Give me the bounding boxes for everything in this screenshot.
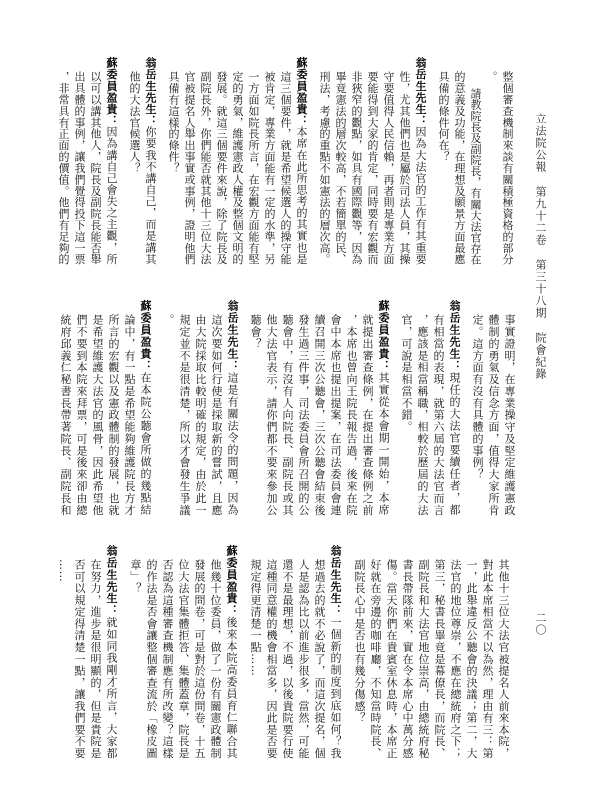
text-column: 定的勇氣，維護憲政人權及整個文明的 <box>229 57 245 265</box>
column-text: 體制的勇氣及信念方面，值得大家所肯 <box>487 314 500 516</box>
text-column: 對此本席相當不以為然，理由有三：第 <box>479 545 495 759</box>
column-text: 規定得更清楚一點…… <box>249 559 262 677</box>
text-column: 論中，有一點是希望能夠維護院長方才 <box>121 300 137 516</box>
column-text: 副院長外，你們能否就其他十三位大法 <box>199 71 212 265</box>
column-text: 這次要如何行使是採取新的嘗試，且應 <box>210 314 223 516</box>
column-text: 具備的條件何在？ <box>437 71 450 162</box>
text-column: ，應該是相當稱職，相較於歷屆的大法 <box>414 300 430 516</box>
speaker-name: 蘇委員盈貴： <box>139 300 152 372</box>
column-text: 定。這方面有沒有具體的事例？ <box>471 314 484 480</box>
column-text: 具備有這樣的條件？ <box>167 71 180 174</box>
column-text: 發展。就這三個要件來說，除了院長及 <box>215 71 228 265</box>
column-text: 被肯定，專業方面能有一定的水準，另 <box>263 71 276 265</box>
column-text: 所言的宏觀以及憲政體制的發展，也就 <box>107 314 120 516</box>
text-tier-middle: 事實證明，在專業操守及堅定維護憲政體制的勇氣及信念方面，值得大家所肯定。這方面有… <box>57 300 517 516</box>
text-column: 一，此舉違反公聽會的決議；第二，大 <box>463 545 479 759</box>
column-text: 對此本席相當不以為然，理由有三：第 <box>481 559 494 759</box>
speaker-name: 蘇委員盈貴： <box>377 300 390 372</box>
text-column: 。 <box>160 300 176 516</box>
text-column: 請教院長及副院長，有關大法官存在 <box>467 57 483 265</box>
text-column: 一方面如院長所言，在宏觀方面能有堅 <box>245 57 261 265</box>
column-text: 在本院公聽會所做的幾點結 <box>139 372 152 516</box>
text-column: 定。這方面有沒有具體的事例？ <box>469 300 485 516</box>
speaker-column: 翁岳生先生：現任的大法官要續任者，都 <box>446 300 462 516</box>
text-column: 這次要如何行使是採取新的嘗試，且應 <box>208 300 224 516</box>
column-text: 他的大法官候選人？ <box>128 71 141 174</box>
speaker-name: 翁岳生先生： <box>105 545 118 616</box>
speaker-column: 蘇委員盈貴：其實從本會期一開始，本席 <box>375 300 391 516</box>
column-text: 副院長心中是否也有幾分傷感？ <box>353 559 366 724</box>
column-text: 想過去的就不必說了，而這次提名，個 <box>313 559 326 759</box>
column-text: 整個審查機制來談有關積極資格的部分 <box>501 71 514 265</box>
text-column: 聽會？ <box>247 300 263 516</box>
column-text: 你要我不講自己，而是講其 <box>144 126 157 265</box>
column-text: 這是有關法令的問題，因為 <box>226 372 239 516</box>
speaker-column: 蘇委員盈貴：本席在此所思考的其實也是 <box>293 57 309 265</box>
text-column: 具備有這樣的條件？ <box>165 57 181 265</box>
speaker-name: 翁岳生先生： <box>329 545 342 616</box>
text-column: 畢竟憲法的層次較高，不若簡單的民、 <box>332 57 348 265</box>
column-text: 副院長和大法官地位崇高，由總統府秘 <box>417 559 430 759</box>
column-text: 位大法官集體拒答、集體蓋章，院長是 <box>177 559 190 759</box>
text-column: 位大法官集體拒答、集體蓋章，院長是 <box>175 545 191 759</box>
text-column: 在努力，進步是很明顯的，但是貴院是 <box>87 545 103 759</box>
column-text: 在努力，進步是很明顯的，但是貴院是 <box>89 559 102 759</box>
column-text: 的作法是否會讓整個審查流於「橡皮圖 <box>145 559 158 759</box>
speaker-name: 翁岳生先生： <box>226 300 239 372</box>
speaker-name: 翁岳生先生： <box>144 57 157 126</box>
text-column: 傷。當天你們在貴賓室休息時，本席正 <box>383 545 399 759</box>
column-text: 聽會？ <box>249 314 262 350</box>
text-column: 就提出審查條例，在提出審查條例之前 <box>359 300 375 516</box>
text-column: 的意義及功能，在理想及願景方面最應 <box>451 57 467 265</box>
column-text: 這三個要件，就是希望候選人的操守能 <box>279 71 292 265</box>
column-text: 論中，有一點是希望能夠維護院長方才 <box>123 314 136 516</box>
column-text: 發生過三件事，司法委員會所召開的公 <box>297 314 310 516</box>
speaker-column: 翁岳生先生：一個新的制度到底如何？我 <box>327 545 343 759</box>
column-text: 定的勇氣，維護憲政人權及整個文明的 <box>231 71 244 265</box>
column-text: 規定並不是很清楚，所以才會發生爭議 <box>178 314 191 516</box>
column-text: 否可以規定得清楚一點，讓我們要不要 <box>73 559 86 759</box>
column-text: 其實從本會期一開始，本席 <box>377 372 390 516</box>
column-text: 守要值得人民信賴，再者則是專業方面 <box>382 71 395 265</box>
gazette-page: 立法院公報第九十二卷第三十八期院會紀錄 二〇 整個審查機制來談有關積極資格的部分… <box>0 0 600 793</box>
column-text: ，應該是相當稱職，相較於歷屆的大法 <box>416 314 429 516</box>
text-column: 的作法是否會讓整個審查流於「橡皮圖 <box>143 545 159 759</box>
column-text: 刑法，考慮的重點不如憲法的層次高。 <box>318 71 331 265</box>
text-column: 否認為這種審查機制應有所改變？這樣 <box>159 545 175 759</box>
column-text: 非狹窄的觀點，如具有國際觀等，因為 <box>350 71 363 265</box>
column-text: 請教院長及副院長，有關大法官存在 <box>469 88 482 265</box>
text-column: 其他十三位大法官被提名人前來本院， <box>495 545 511 759</box>
column-text: 本席在此所思考的其實也是 <box>295 126 308 265</box>
text-column: 刑法，考慮的重點不如憲法的層次高。 <box>316 57 332 265</box>
text-column: 要能得到大家的肯定，同時要有宏觀而 <box>364 57 380 265</box>
column-text: 就提出審查條例，在提出審查條例之前 <box>361 314 374 516</box>
text-column: 章」？ <box>127 545 143 759</box>
text-column: 他大法官表示，請你們都不要來參加公 <box>263 300 279 516</box>
text-column: 出具體的事例，讓我們覺得投下這一票 <box>71 57 87 265</box>
column-text: 其他十三位大法官被提名人前來本院， <box>497 559 510 759</box>
text-tier-top: 整個審查機制來談有關積極資格的部分。請教院長及副院長，有關大法官存在的意義及功能… <box>55 57 515 265</box>
column-text: 否認為這種審查機制應有所改變？這樣 <box>161 559 174 759</box>
text-column: 們不要到本院來拜票，可是後來卻由總 <box>73 300 89 516</box>
column-text: 會中本席也提出提案，在司法委員會連 <box>329 314 342 516</box>
speaker-name: 蘇委員盈貴： <box>225 545 238 616</box>
column-text: 傷。當天你們在貴賓室休息時，本席正 <box>385 559 398 759</box>
text-column: 性，尤其他們也是屬於司法人員，其操 <box>396 57 412 265</box>
text-column: 規定得更清楚一點…… <box>247 545 263 759</box>
speaker-name: 翁岳生先生： <box>414 57 427 126</box>
text-column: 還不是最理想，不過，以後貴院要行使 <box>279 545 295 759</box>
column-text: 後來本院高委員育仁聯合其 <box>225 616 238 759</box>
column-text: 出具體的事例，讓我們覺得投下這一票 <box>73 71 86 265</box>
text-column: 整個審查機制來談有關積極資格的部分 <box>499 57 515 265</box>
publication-title: 立法院公報 <box>534 113 547 173</box>
column-text: 因為講自己會失之主觀，所 <box>105 126 118 265</box>
speaker-column: 蘇委員盈貴：在本院公聽會所做的幾點結 <box>137 300 153 516</box>
column-text: 好就在旁邊的咖啡廳，不知當時院長、 <box>369 559 382 759</box>
text-column: 規定並不是很清楚，所以才會發生爭議 <box>176 300 192 516</box>
column-text: 畢竟憲法的層次較高，不若簡單的民、 <box>334 71 347 265</box>
text-column: 續召開三次公聽會，三次公聽會結束後 <box>311 300 327 516</box>
text-column: 具備的條件何在？ <box>435 57 451 265</box>
column-text: 他幾十位委員，做了一份有關憲政體制 <box>209 559 222 759</box>
column-text: 第三，秘書長畢竟是幕僚長，而院長、 <box>433 559 446 759</box>
text-column: 體制的勇氣及信念方面，值得大家所肯 <box>485 300 501 516</box>
text-column: 會中本席也提出提案，在司法委員會連 <box>327 300 343 516</box>
text-column: 發展的問卷，可是對於這份問卷，十五 <box>191 545 207 759</box>
text-column: 好就在旁邊的咖啡廳，不知當時院長、 <box>367 545 383 759</box>
speaker-column: 翁岳生先生：因為大法官的工作有其重要 <box>412 57 428 265</box>
text-column: 由大院採取比較明確的規定，由於此一 <box>192 300 208 516</box>
text-column: 以可以講其他人，院長及副院長能否舉 <box>87 57 103 265</box>
text-column: 這三個要件，就是希望候選人的操守能 <box>277 57 293 265</box>
volume-number: 第九十二卷 <box>534 186 547 246</box>
text-column: 副院長外，你們能否就其他十三位大法 <box>197 57 213 265</box>
speaker-column: 翁岳生先生：你要我不講自己，而是講其 <box>142 57 158 265</box>
text-column: 是希望維護大法官的風骨，因此希望他 <box>89 300 105 516</box>
text-column: 聽會中，有沒有人向院長、副院長或其 <box>279 300 295 516</box>
column-text: 官被提名人舉出事實或事例，證明他們 <box>183 71 196 265</box>
text-column: 他的大法官候選人？ <box>126 57 142 265</box>
column-text: 的意義及功能，在理想及願景方面最應 <box>453 71 466 265</box>
speaker-name: 翁岳生先生： <box>448 300 461 372</box>
column-text: 以可以講其他人，院長及副院長能否舉 <box>89 71 102 265</box>
text-column: 統府邱義仁秘書長帶著院長、副院長和 <box>57 300 73 516</box>
column-text: 因為大法官的工作有其重要 <box>414 126 427 265</box>
text-column: 副院長心中是否也有幾分傷感？ <box>351 545 367 759</box>
speaker-column: 翁岳生先生：就如同我剛才所言，大家都 <box>103 545 119 759</box>
text-column: 否可以規定得清楚一點，讓我們要不要 <box>71 545 87 759</box>
text-column: 發生過三件事，司法委員會所召開的公 <box>295 300 311 516</box>
text-column: 想過去的就不必說了，而這次提名，個 <box>311 545 327 759</box>
column-text: 有相當的表現，就第六屆的大法官而言 <box>432 314 445 516</box>
text-column: 副院長和大法官地位崇高，由總統府秘 <box>415 545 431 759</box>
column-text: 性，尤其他們也是屬於司法人員，其操 <box>398 71 411 265</box>
text-column: 發展。就這三個要件來說，除了院長及 <box>213 57 229 265</box>
text-column: 非狹窄的觀點，如具有國際觀等，因為 <box>348 57 364 265</box>
column-text: 官，可說是相當不錯。 <box>400 314 413 433</box>
text-column: ，非常具有正面的價值。他們有足夠的 <box>55 57 71 265</box>
speaker-column: 翁岳生先生：這是有關法令的問題，因為 <box>224 300 240 516</box>
column-text: 法官的地位尊崇，不應在總統府之下； <box>449 559 462 759</box>
text-column: 人是認為比以前進步很多，當然，可能 <box>295 545 311 759</box>
running-header: 立法院公報第九十二卷第三十八期院會紀錄 <box>532 113 548 393</box>
column-text: 聽會中，有沒有人向院長、副院長或其 <box>281 314 294 516</box>
text-tier-bottom: 其他十三位大法官被提名人前來本院，對此本席相當不以為然，理由有三：第一，此舉違反… <box>55 545 511 759</box>
text-column: 有相當的表現，就第六屆的大法官而言 <box>430 300 446 516</box>
page-number: 二〇 <box>532 612 548 642</box>
column-text: 。 <box>162 314 175 326</box>
column-text: 事實證明，在專業操守及堅定維護憲政 <box>503 314 516 516</box>
speaker-column: 蘇委員盈貴：因為講自己會失之主觀，所 <box>103 57 119 265</box>
speaker-column: 蘇委員盈貴：後來本院高委員育仁聯合其 <box>223 545 239 759</box>
column-text: 一，此舉違反公聽會的決議；第二，大 <box>465 559 478 759</box>
text-column: 所言的宏觀以及憲政體制的發展，也就 <box>105 300 121 516</box>
column-text: 還不是最理想，不過，以後貴院要行使 <box>281 559 294 759</box>
column-text: 現任的大法官要續任者，都 <box>448 372 461 516</box>
column-text: 是希望維護大法官的風骨，因此希望他 <box>91 314 104 516</box>
text-column: 被肯定，專業方面能有一定的水準，另 <box>261 57 277 265</box>
column-text: 章」？ <box>129 559 142 594</box>
column-text: 一方面如院長所言，在宏觀方面能有堅 <box>247 71 260 265</box>
column-text: 這種同意權的機會相當多，因此是否要 <box>265 559 278 759</box>
column-text: 就如同我剛才所言，大家都 <box>105 616 118 759</box>
text-column: 官，可說是相當不錯。 <box>398 300 414 516</box>
column-text: 續召開三次公聽會，三次公聽會結束後 <box>313 314 326 516</box>
column-text: 人是認為比以前進步很多，當然，可能 <box>297 559 310 759</box>
column-text: 統府邱義仁秘書長帶著院長、副院長和 <box>59 314 72 516</box>
column-text: 要能得到大家的肯定，同時要有宏觀而 <box>366 71 379 265</box>
text-column: 書長帶隊前來，實在令本席心中萬分感 <box>399 545 415 759</box>
text-column: 這種同意權的機會相當多，因此是否要 <box>263 545 279 759</box>
speaker-name: 蘇委員盈貴： <box>105 57 118 126</box>
text-column: 第三，秘書長畢竟是幕僚長，而院長、 <box>431 545 447 759</box>
column-text: 由大院採取比較明確的規定，由於此一 <box>194 314 207 516</box>
issue-number: 第三十八期 <box>534 259 547 319</box>
text-column: 。 <box>483 57 499 265</box>
text-column: 事實證明，在專業操守及堅定維護憲政 <box>501 300 517 516</box>
text-column: 法官的地位尊崇，不應在總統府之下； <box>447 545 463 759</box>
column-text: ，非常具有正面的價值。他們有足夠的 <box>57 71 70 265</box>
column-text: 。 <box>485 71 498 82</box>
column-text: 發展的問卷，可是對於這份問卷，十五 <box>193 559 206 759</box>
column-text: ，本席也曾向王院長報告過，後來在院 <box>345 314 358 516</box>
column-text: …… <box>57 559 70 583</box>
text-column: 守要值得人民信賴，再者則是專業方面 <box>380 57 396 265</box>
text-column: 官被提名人舉出事實或事例，證明他們 <box>181 57 197 265</box>
text-column: 他幾十位委員，做了一份有關憲政體制 <box>207 545 223 759</box>
column-text: 們不要到本院來拜票，可是後來卻由總 <box>75 314 88 516</box>
text-column: ，本席也曾向王院長報告過，後來在院 <box>343 300 359 516</box>
section-title: 院會紀錄 <box>534 332 547 380</box>
column-text: 他大法官表示，請你們都不要來參加公 <box>265 314 278 516</box>
column-text: 書長帶隊前來，實在令本席心中萬分感 <box>401 559 414 759</box>
text-column: …… <box>55 545 71 759</box>
speaker-name: 蘇委員盈貴： <box>295 57 308 126</box>
column-text: 一個新的制度到底如何？我 <box>329 616 342 759</box>
